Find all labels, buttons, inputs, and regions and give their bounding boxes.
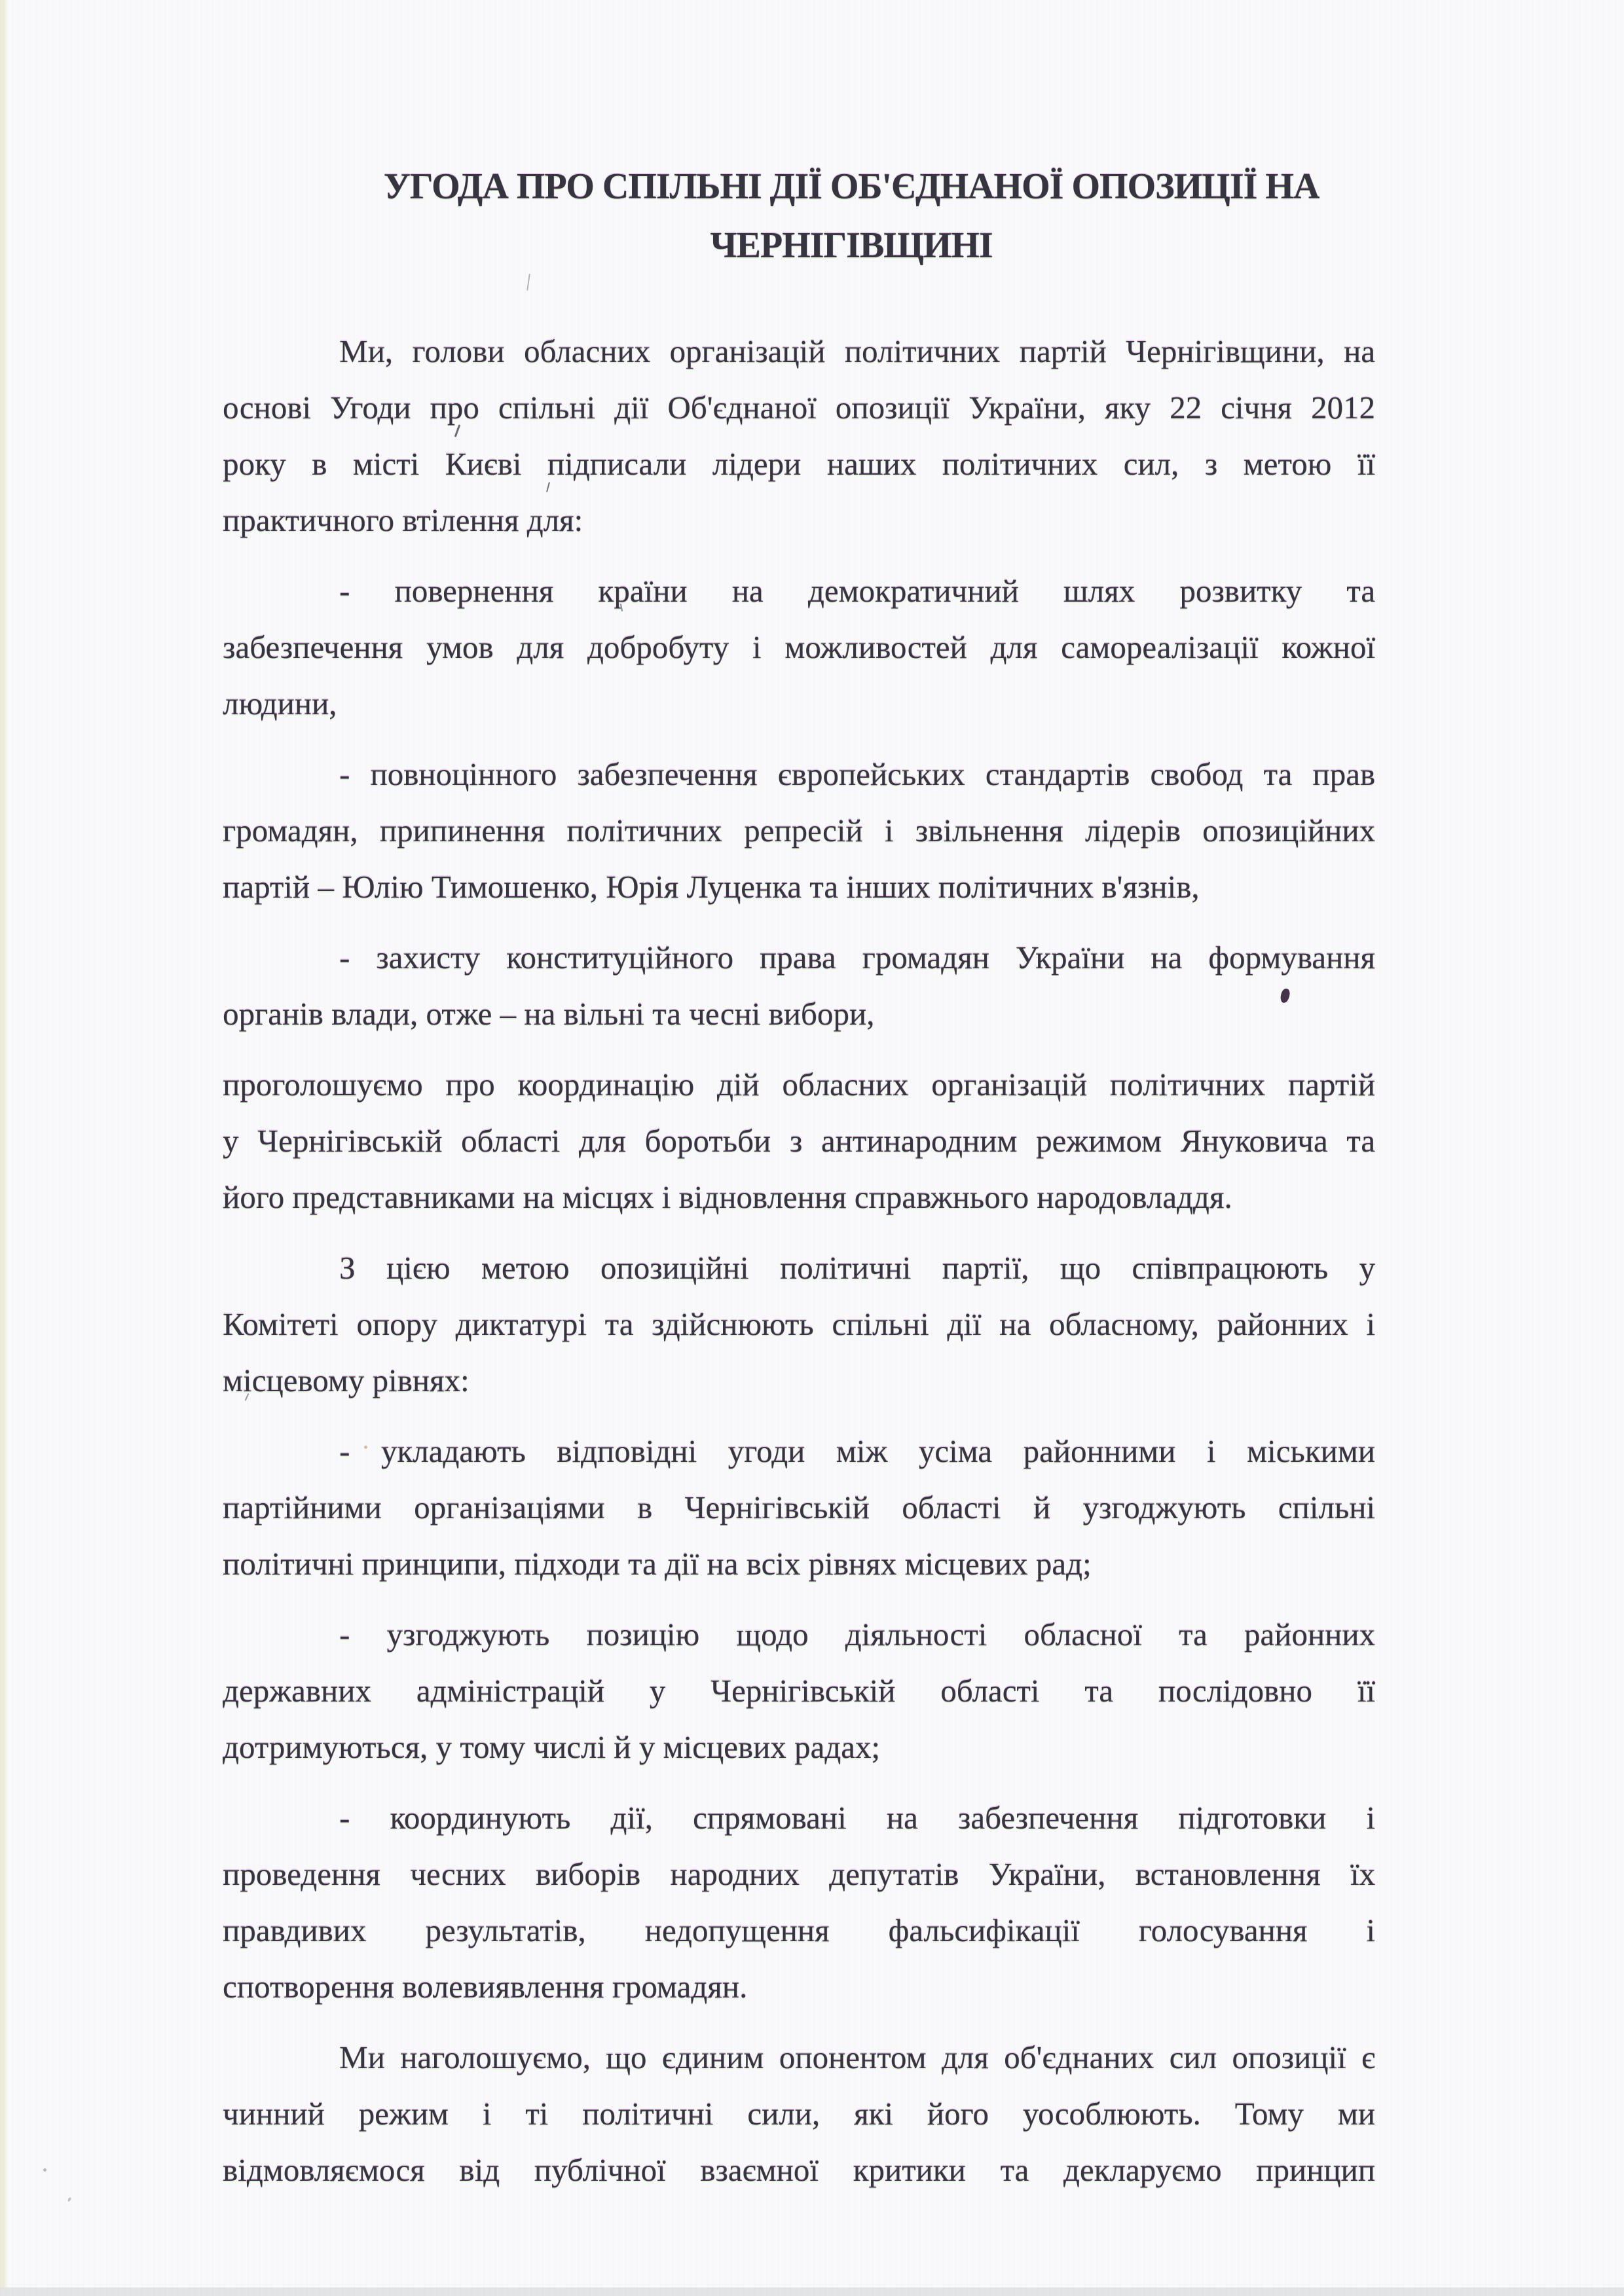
bullet-paragraph: - узгоджують позицію щодо діяльності обл…	[223, 1607, 1375, 1776]
text-line: чинний режим і ті політичні сили, які йо…	[223, 2086, 1375, 2142]
text-line: З цією метою опозиційні політичні партії…	[223, 1240, 1375, 1296]
text-line: Ми наголошуємо, що єдиним опонентом для …	[223, 2030, 1375, 2086]
paragraph: Ми, голови обласних організацій політичн…	[223, 323, 1375, 549]
text-line: - координують дії, спрямовані на забезпе…	[223, 1790, 1375, 1846]
bullet-paragraph: - повноцінного забезпечення європейських…	[223, 746, 1375, 915]
text-line: партійними організаціями в Чернігівській…	[223, 1480, 1375, 1536]
text-line: місцевому рівнях:	[223, 1353, 1375, 1409]
bullet-paragraph: - захисту конституційного права громадян…	[223, 930, 1375, 1042]
text-line: Комітеті опору диктатурі та здійснюють с…	[223, 1296, 1375, 1353]
text-line: його представниками на місцях і відновле…	[223, 1169, 1375, 1226]
paragraph: Ми наголошуємо, що єдиним опонентом для …	[223, 2030, 1375, 2198]
text-line: - захисту конституційного права громадян…	[223, 930, 1375, 986]
text-line: - укладають відповідні угоди між усіма р…	[223, 1423, 1375, 1480]
text-line: ЧЕРНІГІВЩИНІ	[327, 216, 1375, 275]
paragraph: проголошуємо про координацію дій обласни…	[223, 1057, 1375, 1226]
text-line: партій – Юлію Тимошенко, Юрія Луценка та…	[223, 859, 1375, 915]
document-title: УГОДА ПРО СПІЛЬНІ ДІЇ ОБ'ЄДНАНОЇ ОПОЗИЦІ…	[223, 157, 1375, 275]
text-line: спотворення волевиявлення громадян.	[223, 1959, 1375, 2015]
text-line: - повноцінного забезпечення європейських…	[223, 746, 1375, 803]
text-line: - узгоджують позицію щодо діяльності обл…	[223, 1607, 1375, 1663]
scan-speck	[43, 2168, 46, 2172]
scanner-edge-strip	[0, 0, 7, 2296]
text-line: - повернення країни на демократичний шля…	[223, 563, 1375, 619]
paragraph: З цією метою опозиційні політичні партії…	[223, 1240, 1375, 1409]
text-line: людини,	[223, 676, 1375, 732]
text-line: правдивих результатів, недопущення фальс…	[223, 1903, 1375, 1959]
text-line: проведення чесних виборів народних депут…	[223, 1846, 1375, 1903]
text-line: дотримуються, у тому числі й у місцевих …	[223, 1719, 1375, 1776]
text-line: року в місті Києві підписали лідери наши…	[223, 436, 1375, 492]
text-line: УГОДА ПРО СПІЛЬНІ ДІЇ ОБ'ЄДНАНОЇ ОПОЗИЦІ…	[327, 157, 1375, 216]
text-line: державних адміністрацій у Чернігівській …	[223, 1663, 1375, 1719]
document-body: УГОДА ПРО СПІЛЬНІ ДІЇ ОБ'ЄДНАНОЇ ОПОЗИЦІ…	[223, 157, 1375, 2213]
bullet-paragraph: - повернення країни на демократичний шля…	[223, 563, 1375, 732]
text-line: органів влади, отже – на вільні та чесні…	[223, 986, 1375, 1042]
text-line: забезпечення умов для добробуту і можлив…	[223, 619, 1375, 676]
text-line: проголошуємо про координацію дій обласни…	[223, 1057, 1375, 1113]
scanned-page: УГОДА ПРО СПІЛЬНІ ДІЇ ОБ'ЄДНАНОЇ ОПОЗИЦІ…	[0, 0, 1624, 2296]
text-line: основі Угоди про спільні дії Об'єднаної …	[223, 380, 1375, 436]
bullet-paragraph: - координують дії, спрямовані на забезпе…	[223, 1790, 1375, 2015]
bullet-paragraph: - укладають відповідні угоди між усіма р…	[223, 1423, 1375, 1592]
text-line: політичні принципи, підходи та дії на вс…	[223, 1536, 1375, 1592]
text-line: практичного втілення для:	[223, 492, 1375, 549]
text-line: громадян, припинення політичних репресій…	[223, 803, 1375, 859]
scan-speck	[67, 2196, 72, 2202]
scanner-bottom-strip	[0, 2287, 1624, 2296]
text-line: відмовляємося від публічної взаємної кри…	[223, 2142, 1375, 2198]
text-line: у Чернігівській області для боротьби з а…	[223, 1113, 1375, 1169]
text-line: Ми, голови обласних організацій політичн…	[223, 323, 1375, 380]
